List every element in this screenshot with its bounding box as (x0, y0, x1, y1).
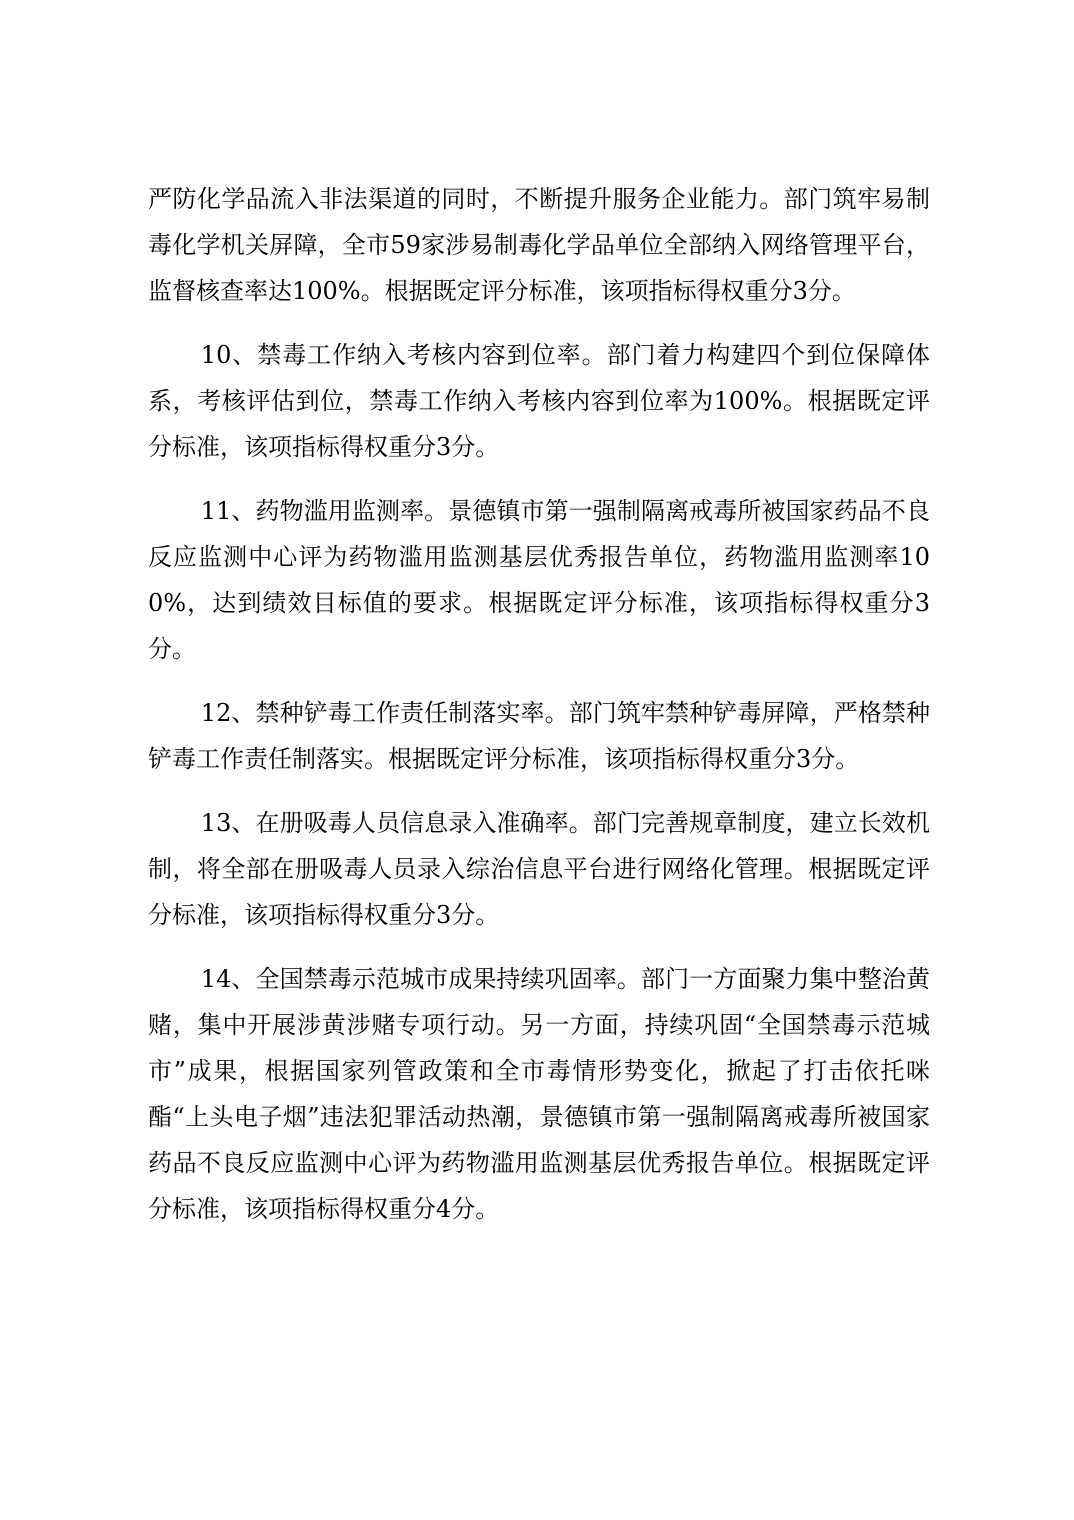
paragraph-item-14: 14、全国禁毒示范城市成果持续巩固率。部门一方面聚力集中整治黄赌，集中开展涉黄涉… (148, 956, 930, 1232)
document-page: 严防化学品流入非法渠道的同时，不断提升服务企业能力。部门筑牢易制毒化学机关屏障，… (0, 0, 1074, 1520)
paragraph-item-11: 11、药物滥用监测率。景德镇市第一强制隔离戒毒所被国家药品不良反应监测中心评为药… (148, 488, 930, 672)
paragraph-item-13: 13、在册吸毒人员信息录入准确率。部门完善规章制度，建立长效机制，将全部在册吸毒… (148, 800, 930, 938)
paragraph-item-12: 12、禁种铲毒工作责任制落实率。部门筑牢禁种铲毒屏障，严格禁种铲毒工作责任制落实… (148, 690, 930, 782)
paragraph-continuation: 严防化学品流入非法渠道的同时，不断提升服务企业能力。部门筑牢易制毒化学机关屏障，… (148, 176, 930, 314)
paragraph-item-10: 10、禁毒工作纳入考核内容到位率。部门着力构建四个到位保障体系，考核评估到位，禁… (148, 332, 930, 470)
document-text-block: 严防化学品流入非法渠道的同时，不断提升服务企业能力。部门筑牢易制毒化学机关屏障，… (148, 176, 930, 1232)
